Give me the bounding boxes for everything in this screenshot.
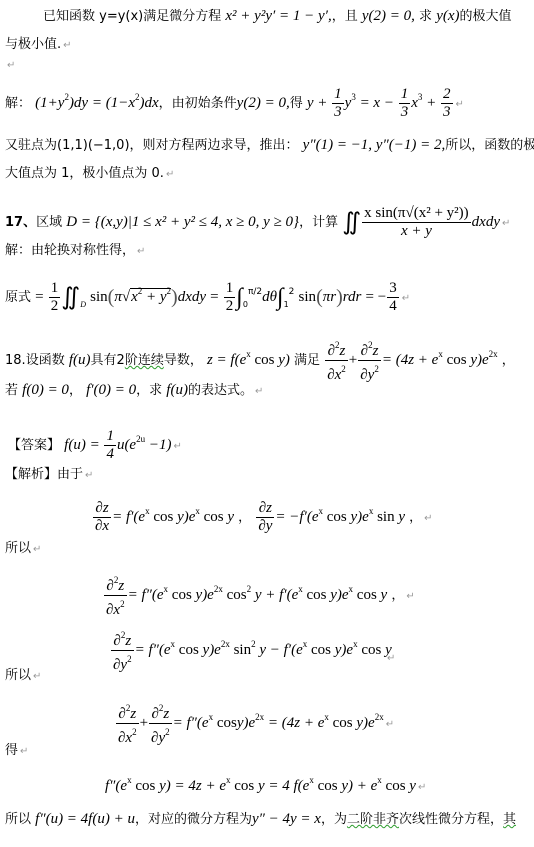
- text: 所以: [5, 541, 31, 556]
- text: 原式: [5, 290, 31, 305]
- text: 若: [5, 383, 18, 398]
- initial-condition: y(2) = 0,: [237, 95, 290, 111]
- text: ，且: [332, 9, 358, 24]
- problem16-question-line1: 已知函数 y=y(x)满足微分方程 x² + y²y′ = 1 − y′,，且 …: [43, 8, 512, 25]
- denominator: x + y: [362, 223, 471, 240]
- text: 具有: [91, 353, 117, 368]
- text: 所以: [5, 668, 31, 683]
- differential: dxdy: [472, 214, 500, 230]
- problem-number: 17、: [5, 215, 36, 230]
- condition-2: f′(0) = 0: [86, 382, 136, 398]
- return-mark: ↵: [424, 513, 432, 524]
- return-mark: ↵: [63, 40, 71, 51]
- problem16-question-line2: 与极小值.↵: [5, 37, 72, 54]
- first-partials: ∂z∂x= f′(ex cos y)ex cos y ， ∂z∂y= −f′(e…: [92, 500, 433, 535]
- text: 的表达式。: [188, 383, 253, 398]
- spellcheck-underlined-text: 阶连续: [125, 353, 164, 368]
- answer-line: 【答案】 f(u) = 14u(e2u −1)↵: [8, 428, 182, 463]
- return-mark-line: ↵: [385, 650, 395, 667]
- return-mark: ↵: [402, 293, 410, 304]
- ode-equation: f″(ex cos y) = 4z + ex cos y = 4 f(ex co…: [105, 772, 426, 796]
- so-line-1: 所以↵: [5, 541, 41, 558]
- condition-1: f(0) = 0: [22, 382, 69, 398]
- fraction: ∂2z∂x2: [325, 337, 348, 384]
- analysis-label: 【解析】由于: [5, 467, 83, 482]
- text: 解：由轮换对称性得，: [5, 243, 135, 258]
- so-line-2: 所以↵: [5, 668, 41, 685]
- spellcheck-underlined-text: 二阶非齐: [347, 812, 399, 827]
- solution-result: y + 13y3 = x − 13x3 + 23: [307, 95, 454, 111]
- return-mark: ↵: [406, 591, 414, 602]
- return-mark: ↵: [33, 671, 41, 682]
- get-line: 得↵: [5, 743, 28, 760]
- integrand-fraction: x sin(π√(x² + y²))x + y: [362, 205, 471, 240]
- integral-icon: ∫: [236, 285, 243, 311]
- spellcheck-underlined-text: 其: [503, 812, 516, 827]
- final-equation: f″(u) = 4f(u) + u: [35, 811, 135, 827]
- analysis-label-line: 【解析】由于↵: [5, 467, 93, 484]
- return-mark: ↵: [456, 99, 464, 110]
- final-line: 所以 f″(u) = 4f(u) + u，对应的微分方程为y″ − 4y = x…: [5, 811, 516, 828]
- text: ，计算: [299, 215, 338, 230]
- z-definition: z = f(ex cos y): [207, 352, 290, 368]
- answer-label: 【答案】: [8, 438, 60, 453]
- return-mark: ↵: [7, 60, 15, 71]
- double-integral-icon: ∬: [342, 210, 361, 236]
- text: ，对应的微分方程为: [135, 812, 252, 827]
- text: 又驻点为(1,1)(−1,0)，则对方程两边求导，推出：: [5, 138, 299, 153]
- text: 的极大值: [460, 9, 512, 24]
- second-derivative-values: y″(1) = −1, y″(−1) = 2,: [303, 137, 446, 153]
- problem18-statement: 18.设函数 f(u)具有2阶连续导数， z = f(ex cos y) 满足 …: [5, 337, 515, 384]
- problem18-conditions: 若 f(0) = 0， f′(0) = 0，求 f(u)的表达式。↵: [5, 382, 263, 400]
- problem16-solution: 解： (1+y2)dy = (1−x2)dx，由初始条件y(2) = 0,得 y…: [5, 86, 464, 121]
- ode: y″ − 4y = x: [252, 811, 321, 827]
- initial-condition: y(2) = 0,: [362, 8, 415, 24]
- return-mark: ↵: [20, 746, 28, 757]
- sum-equation: ∂2z∂x2+∂2z∂y2= f″(ex cosy)e2x = (4z + ex…: [115, 700, 394, 747]
- conclusion-text: 大值点为 1，极小值点为 0.: [5, 166, 164, 181]
- text: 所以: [5, 812, 31, 827]
- return-mark: ↵: [387, 653, 395, 664]
- return-mark: ↵: [418, 782, 426, 793]
- numerator: x sin(π√(x² + y²)): [362, 205, 471, 223]
- answer-equation: f(u) = 14u(e2u −1): [64, 437, 171, 453]
- solution-equation: (1+y2)dy = (1−x2)dx: [35, 95, 159, 111]
- text: ，由初始条件: [159, 96, 237, 111]
- function: f(u): [166, 382, 188, 398]
- stationary-line: 又驻点为(1,1)(−1,0)，则对方程两边求导，推出： y″(1) = −1,…: [5, 137, 534, 154]
- conclusion-line: 大值点为 1，极小值点为 0.↵: [5, 166, 174, 183]
- text: 得: [5, 743, 18, 758]
- return-mark: ↵: [33, 544, 41, 555]
- function: f(u): [69, 352, 91, 368]
- text: 求: [419, 9, 432, 24]
- return-mark: ↵: [386, 719, 394, 730]
- return-mark: ↵: [85, 470, 93, 481]
- fraction: ∂2z∂y2: [358, 337, 381, 384]
- return-mark: ↵: [166, 169, 174, 180]
- integral-icon: ∫: [277, 285, 284, 311]
- second-partial-xx: ∂2z∂x2= f″(ex cos y)e2x cos2 y + f′(ex c…: [103, 572, 415, 619]
- text: 得: [290, 96, 303, 111]
- text: ，求: [136, 383, 162, 398]
- differential-equation: x² + y²y′ = 1 − y′,: [225, 8, 331, 24]
- empty-paragraph: ↵: [5, 57, 15, 74]
- return-mark: ↵: [255, 386, 263, 397]
- text: 所以，函数的极: [445, 138, 534, 153]
- second-partial-yy: ∂2z∂y2= f″(ex cos y)e2x sin2 y − f′(ex c…: [110, 627, 392, 674]
- region-definition: D = {(x,y)|1 ≤ x² + y² ≤ 4, x ≥ 0, y ≥ 0…: [66, 214, 299, 230]
- problem-number: 18.: [5, 353, 26, 368]
- double-integral-icon: ∬: [61, 285, 80, 311]
- problem17-solution-label: 解：由轮换对称性得，↵: [5, 243, 145, 260]
- return-mark: ↵: [502, 218, 510, 229]
- text: 区域: [36, 215, 62, 230]
- return-mark: ↵: [173, 441, 181, 452]
- solution-label: 解：: [5, 96, 31, 111]
- text: ，为: [321, 812, 347, 827]
- return-mark: ↵: [137, 246, 145, 257]
- text: 设函数: [26, 353, 65, 368]
- function: y(x): [436, 8, 459, 24]
- question-text: 与极小值.: [5, 37, 61, 52]
- problem17-steps: 原式 = 12∬D sin(π√x2 + y2)dxdy = 12∫0π/2dθ…: [5, 280, 410, 315]
- question-text: 已知函数 y=y(x)满足微分方程: [43, 9, 221, 24]
- text: 满足: [294, 353, 320, 368]
- problem17-question: 17、区域 D = {(x,y)|1 ≤ x² + y² ≤ 4, x ≥ 0,…: [5, 205, 510, 240]
- order: 2: [117, 353, 125, 368]
- text: 次线性微分方程，: [399, 812, 503, 827]
